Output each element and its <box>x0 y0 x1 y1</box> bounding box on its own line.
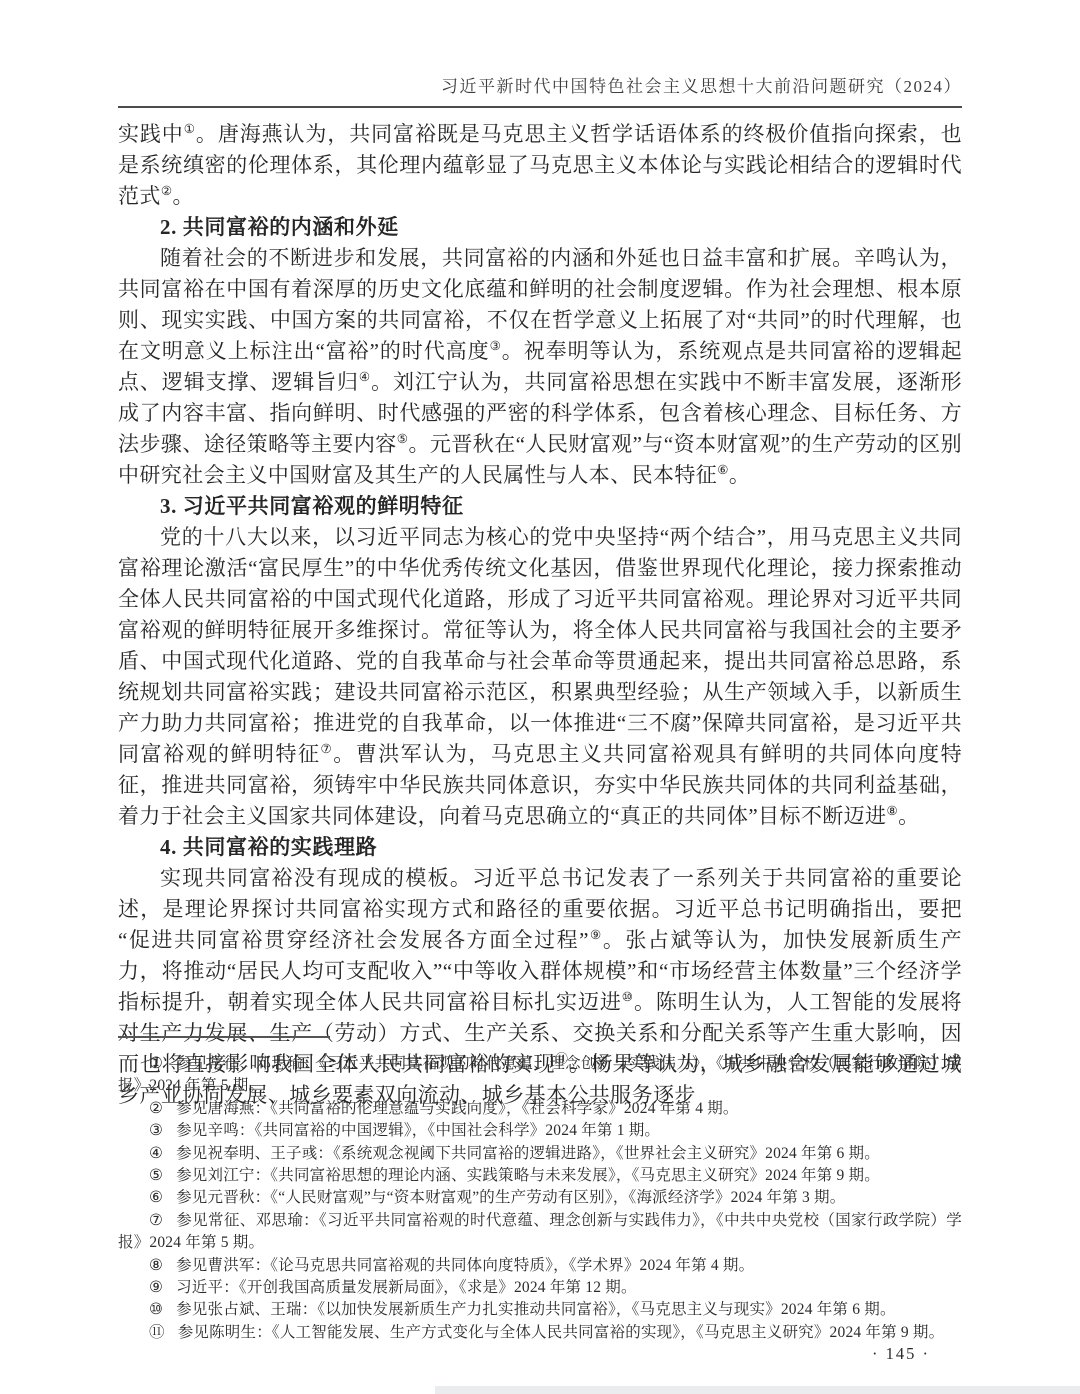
footnote-marker: ⑨ <box>149 1279 176 1296</box>
footnote-marker: ⑤ <box>149 1167 176 1184</box>
footnote-item: ⑧参见曹洪军：《论马克思共同富裕观的共同体向度特质》，《学术界》2024 年第 … <box>118 1255 962 1277</box>
footnote-text: 参见唐海燕：《共同富裕的伦理意蕴与实践向度》，《社会科学家》2024 年第 4 … <box>176 1100 739 1117</box>
footnote-text: 参见辛鸣：《共同富裕的中国逻辑》，《中国社会科学》2024 年第 1 期。 <box>176 1122 660 1139</box>
scan-artifact-bar <box>435 1386 1080 1394</box>
header-rule <box>118 106 962 108</box>
footnote-text: 参见常征、邓思瑜：《习近平共同富裕观的时代意蕴、理念创新与实践伟力》，《中共中央… <box>118 1055 962 1094</box>
journal-page: 习近平新时代中国特色社会主义思想十大前沿问题研究（2024） 实践中①。唐海燕认… <box>0 0 1080 1394</box>
footnote-item: ④参见祝奉明、王子彧：《系统观念视阈下共同富裕的逻辑进路》，《世界社会主义研究》… <box>118 1143 962 1165</box>
footnote-text: 参见曹洪军：《论马克思共同富裕观的共同体向度特质》，《学术界》2024 年第 4… <box>176 1257 754 1274</box>
body-text: 实践中①。唐海燕认为，共同富裕既是马克思主义哲学话语体系的终极价值指向探索，也是… <box>118 119 962 1111</box>
footnote-marker: ⑦ <box>149 1212 176 1229</box>
footnote-ref: ⑤ <box>397 432 409 446</box>
footnote-item: ⑪参见陈明生：《人工智能发展、生产方式变化与全体人民共同富裕的实现》，《马克思主… <box>118 1322 962 1344</box>
footnote-marker: ② <box>149 1100 176 1117</box>
footnote-ref: ⑨ <box>589 928 603 942</box>
footnote-marker: ⑥ <box>149 1189 176 1206</box>
body-paragraph: 随着社会的不断进步和发展，共同富裕的内涵和外延也日益丰富和扩展。辛鸣认为，共同富… <box>118 243 962 491</box>
section-heading: 2. 共同富裕的内涵和外延 <box>118 212 962 243</box>
footnote-text: 参见刘江宁：《共同富裕思想的理论内涵、实践策略与未来发展》，《马克思主义研究》2… <box>176 1167 880 1184</box>
footnote-ref: ④ <box>359 370 371 384</box>
section-heading: 3. 习近平共同富裕观的鲜明特征 <box>118 491 962 522</box>
footnote-text: 参见张占斌、王瑞：《以加快发展新质生产力扎实推动共同富裕》，《马克思主义与现实》… <box>176 1301 896 1318</box>
footnote-item: ⑩参见张占斌、王瑞：《以加快发展新质生产力扎实推动共同富裕》，《马克思主义与现实… <box>118 1299 962 1321</box>
footnote-text: 参见陈明生：《人工智能发展、生产方式变化与全体人民共同富裕的实现》，《马克思主义… <box>178 1324 945 1341</box>
page-number: · 145 · <box>872 1344 930 1364</box>
footnote-ref: ⑧ <box>886 804 898 818</box>
footnotes-list: ①参见常征、邓思瑜：《习近平共同富裕观的时代意蕴、理念创新与实践伟力》，《中共中… <box>118 1053 962 1344</box>
footnote-text: 参见元晋秋：《“人民财富观”与“资本财富观”的生产劳动有区别》，《海派经济学》2… <box>176 1189 845 1206</box>
footnote-item: ⑤参见刘江宁：《共同富裕思想的理论内涵、实践策略与未来发展》，《马克思主义研究》… <box>118 1165 962 1187</box>
footnote-item: ①参见常征、邓思瑜：《习近平共同富裕观的时代意蕴、理念创新与实践伟力》，《中共中… <box>118 1053 962 1098</box>
footnote-item: ③参见辛鸣：《共同富裕的中国逻辑》，《中国社会科学》2024 年第 1 期。 <box>118 1120 962 1142</box>
footnote-text: 参见常征、邓思瑜：《习近平共同富裕观的时代意蕴、理念创新与实践伟力》，《中共中央… <box>118 1212 962 1251</box>
footnote-item: ②参见唐海燕：《共同富裕的伦理意蕴与实践向度》，《社会科学家》2024 年第 4… <box>118 1098 962 1120</box>
body-paragraph: 党的十八大以来，以习近平同志为核心的党中央坚持“两个结合”，用马克思主义共同富裕… <box>118 522 962 832</box>
footnote-marker: ⑧ <box>149 1257 176 1274</box>
footnote-ref: ⑥ <box>717 463 729 477</box>
footnote-item: ⑨习近平：《开创我国高质量发展新局面》，《求是》2024 年第 12 期。 <box>118 1277 962 1299</box>
footnote-text: 习近平：《开创我国高质量发展新局面》，《求是》2024 年第 12 期。 <box>176 1279 637 1296</box>
footnote-marker: ④ <box>149 1145 176 1162</box>
footnote-separator <box>118 1036 330 1038</box>
section-heading: 4. 共同富裕的实践理路 <box>118 832 962 863</box>
footnote-marker: ③ <box>149 1122 176 1139</box>
footnote-ref: ⑦ <box>320 742 333 756</box>
footnote-ref: ② <box>161 184 173 198</box>
footnote-item: ⑦参见常征、邓思瑜：《习近平共同富裕观的时代意蕴、理念创新与实践伟力》，《中共中… <box>118 1210 962 1255</box>
running-header-title: 习近平新时代中国特色社会主义思想十大前沿问题研究（2024） <box>118 76 962 98</box>
footnote-ref: ③ <box>490 339 502 353</box>
footnote-item: ⑥参见元晋秋：《“人民财富观”与“资本财富观”的生产劳动有区别》，《海派经济学》… <box>118 1187 962 1209</box>
footnote-text: 参见祝奉明、王子彧：《系统观念视阈下共同富裕的逻辑进路》，《世界社会主义研究》2… <box>176 1145 880 1162</box>
body-paragraph: 实践中①。唐海燕认为，共同富裕既是马克思主义哲学话语体系的终极价值指向探索，也是… <box>118 119 962 212</box>
footnote-marker: ① <box>149 1055 176 1072</box>
footnote-ref: ① <box>184 122 196 136</box>
footnote-marker: ⑪ <box>149 1324 178 1341</box>
footnote-marker: ⑩ <box>149 1301 176 1318</box>
footnote-ref: ⑩ <box>622 990 634 1004</box>
